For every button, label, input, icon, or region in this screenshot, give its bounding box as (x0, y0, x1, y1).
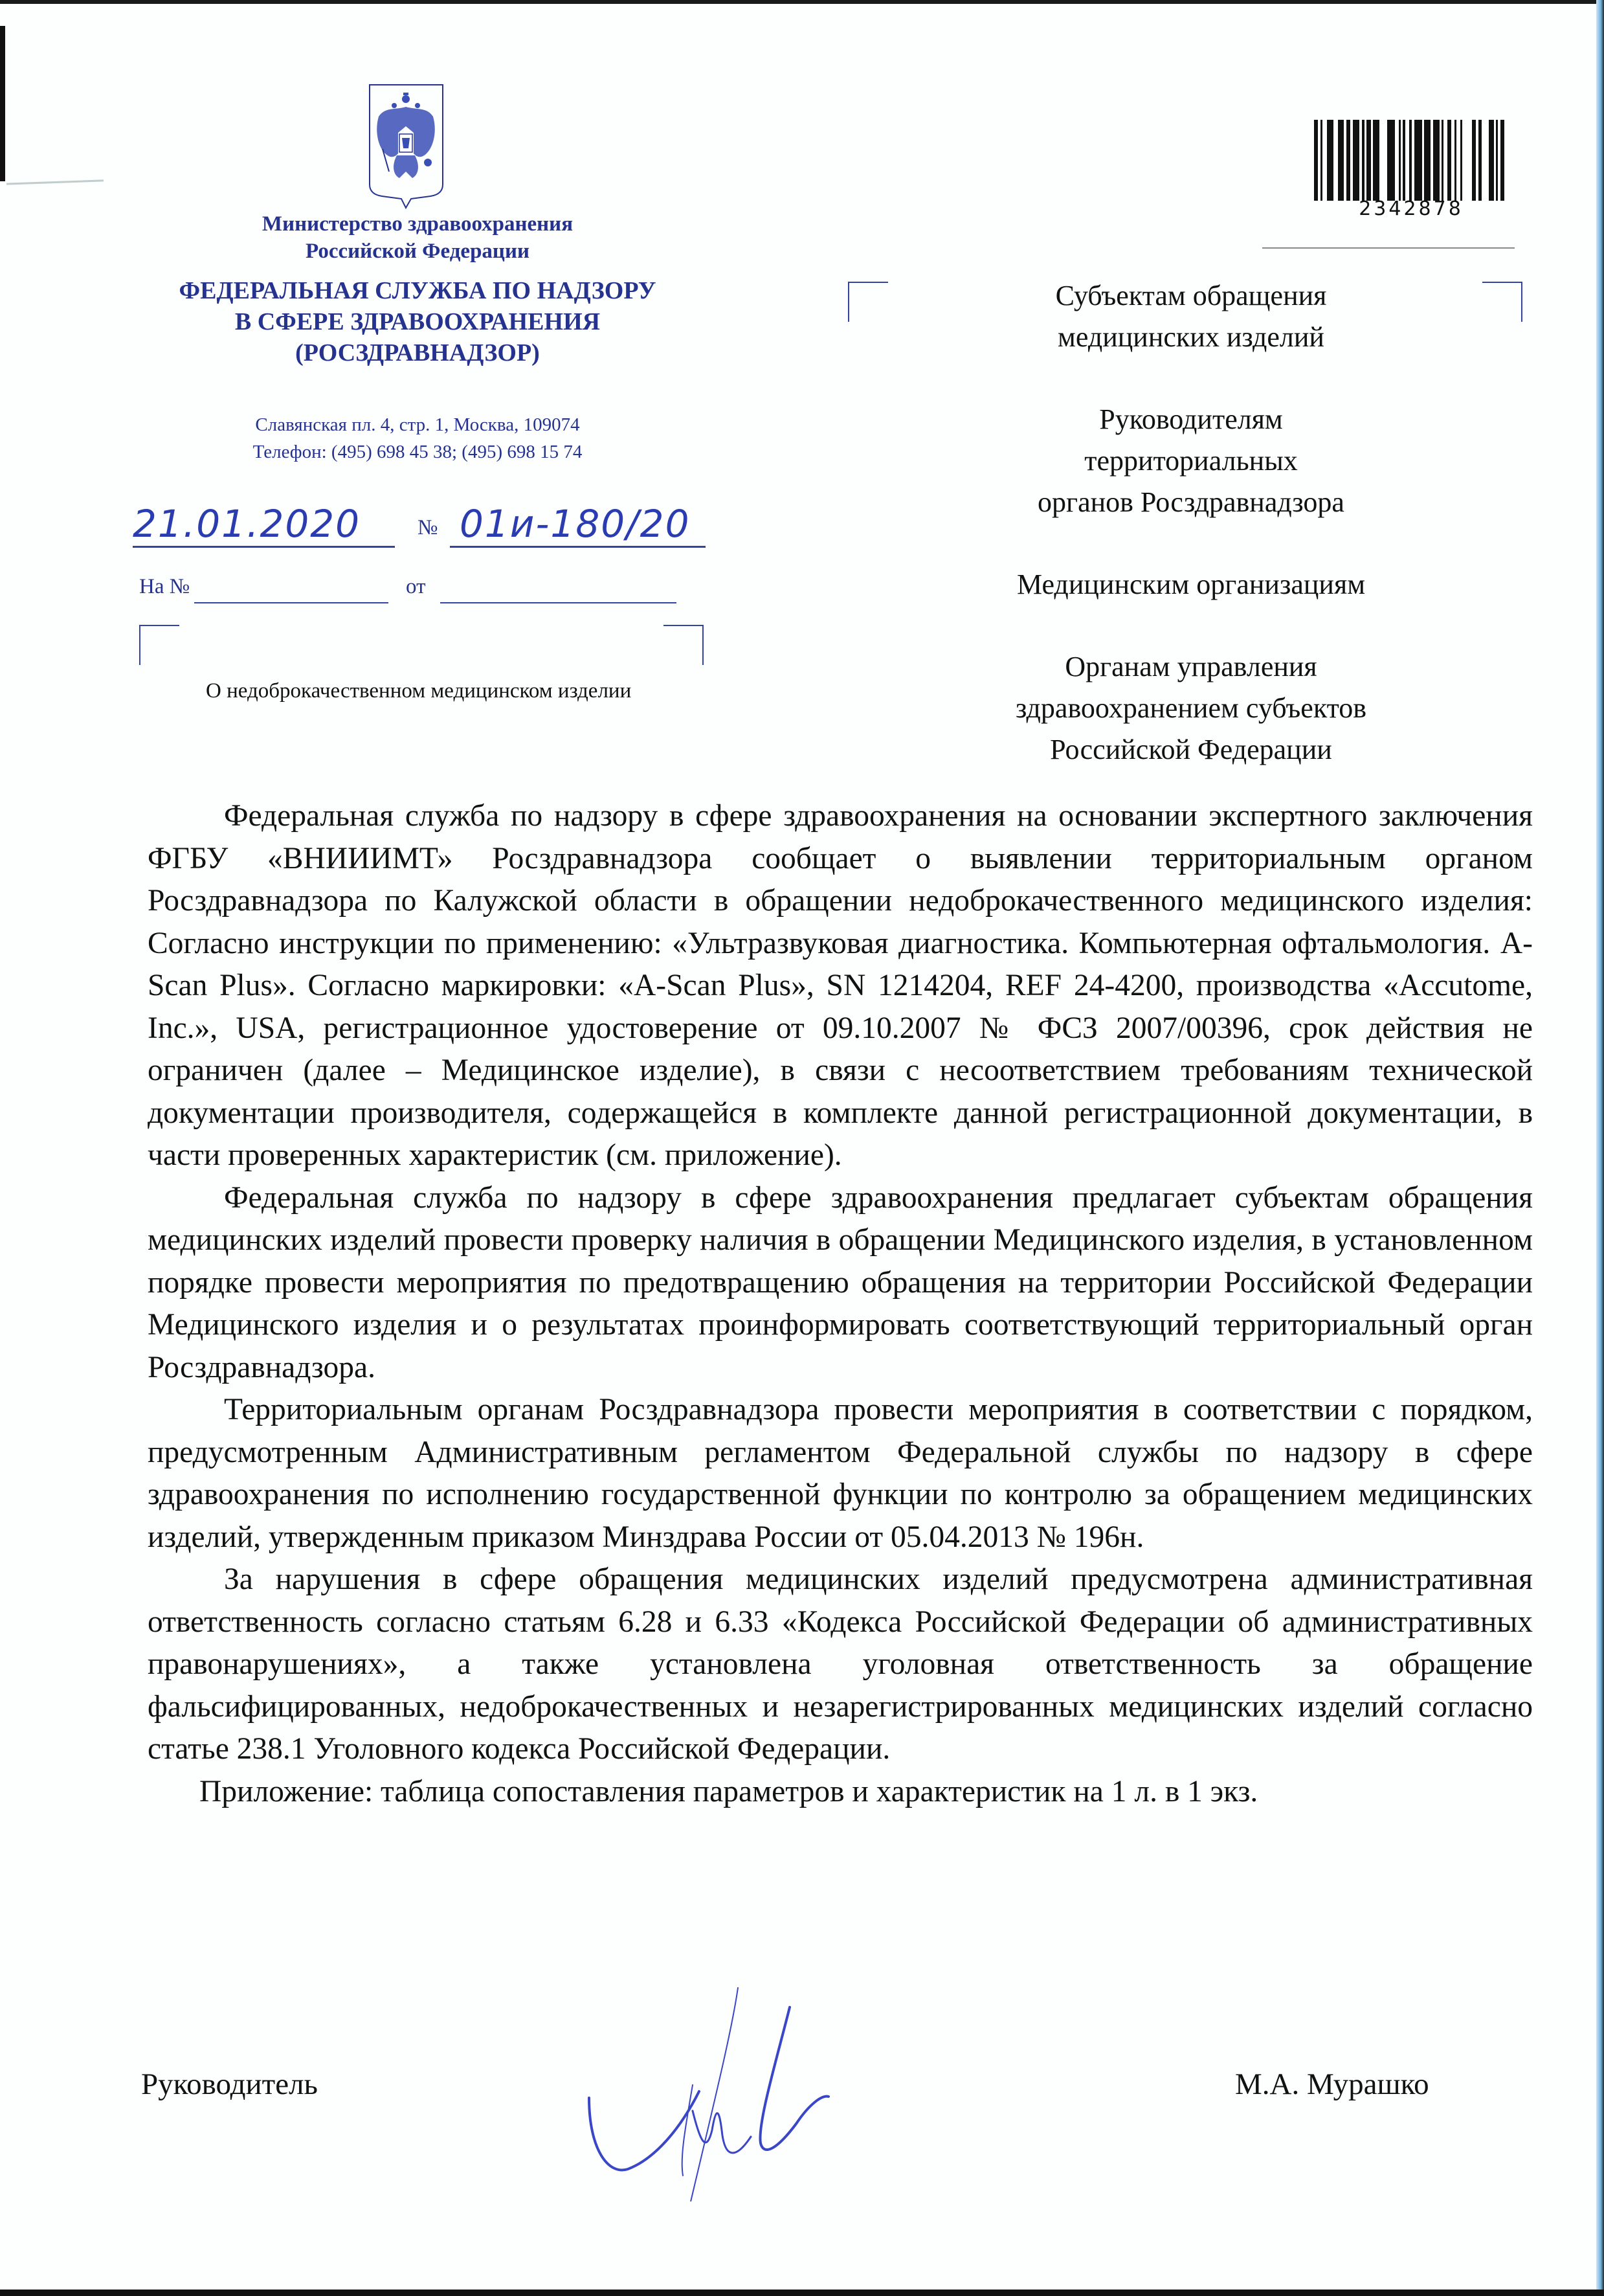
recipient-line: Медицинским организациям (900, 564, 1482, 605)
registration-number: 01и-180/20 (460, 502, 690, 546)
ministry-line-1: Министерство здравоохранения (162, 210, 673, 238)
registration-row: 21.01.2020 № 01и-180/20 (133, 502, 780, 554)
body-paragraph-1: Федеральная служба по надзору в сфере зд… (148, 795, 1533, 1177)
recipient-line: органов Росздравнадзора (900, 482, 1482, 523)
barcode-number: 2342878 (1314, 197, 1508, 220)
letter-subject: О недоброкачественном медицинском издели… (206, 677, 698, 706)
letter-body: Федеральная служба по надзору в сфере зд… (148, 795, 1533, 1813)
registration-date: 21.01.2020 (133, 502, 361, 546)
ministry-line-2: Российской Федерации (162, 238, 673, 265)
recipient-territorial-heads: Руководителям территориальных органов Ро… (900, 399, 1482, 523)
address-block: Славянская пл. 4, стр. 1, Москва, 109074… (162, 411, 673, 466)
scan-edge-top (0, 0, 1604, 4)
barcode-icon (1314, 120, 1508, 201)
recipient-device-subjects: Субъектам обращения медицинских изделий (900, 275, 1482, 358)
recipient-line: Российской Федерации (900, 729, 1482, 771)
reply-reference-row: На № от (133, 575, 715, 607)
recipient-line: Органам управления (900, 646, 1482, 688)
service-line-2: В СФЕРЕ ЗДРАВООХРАНЕНИЯ (110, 306, 725, 337)
signatory-title: Руководитель (141, 2067, 318, 2102)
service-name: ФЕДЕРАЛЬНАЯ СЛУЖБА ПО НАДЗОРУ В СФЕРЕ ЗД… (110, 275, 725, 368)
signatory-name: М.А. Мурашко (1235, 2067, 1429, 2102)
scan-edge-right (1596, 0, 1604, 2296)
barcode-divider (1262, 247, 1515, 249)
reply-number-label: На № (139, 575, 190, 599)
reply-date-field (440, 602, 676, 603)
recipient-line: медицинских изделий (900, 317, 1482, 358)
handwritten-signature-icon (583, 1981, 893, 2201)
reply-date-label: от (406, 575, 426, 599)
reply-number-field (194, 602, 388, 603)
paper-fold-mark (6, 179, 104, 185)
topic-bracket-right (663, 625, 704, 665)
topic-bracket-left (139, 625, 179, 665)
russian-coat-of-arms-icon (366, 81, 447, 210)
recipient-health-authorities: Органам управления здравоохранением субъ… (900, 646, 1482, 771)
recipients-block: Субъектам обращения медицинских изделий … (900, 275, 1482, 771)
scan-edge-bottom (0, 2290, 1604, 2296)
date-underline (133, 546, 395, 548)
body-paragraph-4: За нарушения в сфере обращения медицинск… (148, 1559, 1533, 1771)
number-sign: № (418, 516, 438, 540)
ministry-name: Министерство здравоохранения Российской … (162, 210, 673, 265)
recipient-line: здравоохранением субъектов (900, 688, 1482, 729)
recipients-bracket-right (1482, 282, 1522, 322)
recipient-line: Субъектам обращения (900, 275, 1482, 317)
recipient-line: территориальных (900, 440, 1482, 482)
service-line-1: ФЕДЕРАЛЬНАЯ СЛУЖБА ПО НАДЗОРУ (110, 275, 725, 306)
recipients-bracket-left (848, 282, 888, 322)
recipient-medical-organizations: Медицинским организациям (900, 564, 1482, 605)
body-paragraph-3: Территориальным органам Росздравнадзора … (148, 1389, 1533, 1559)
phone-numbers: Телефон: (495) 698 45 38; (495) 698 15 7… (162, 438, 673, 466)
attachment-note: Приложение: таблица сопоставления параме… (148, 1771, 1533, 1814)
service-line-3: (РОСЗДРАВНАДЗОР) (110, 337, 725, 368)
scan-edge-left (0, 26, 5, 181)
body-paragraph-2: Федеральная служба по надзору в сфере зд… (148, 1177, 1533, 1390)
postal-address: Славянская пл. 4, стр. 1, Москва, 109074 (162, 411, 673, 438)
number-underline (450, 546, 706, 548)
recipient-line: Руководителям (900, 399, 1482, 440)
